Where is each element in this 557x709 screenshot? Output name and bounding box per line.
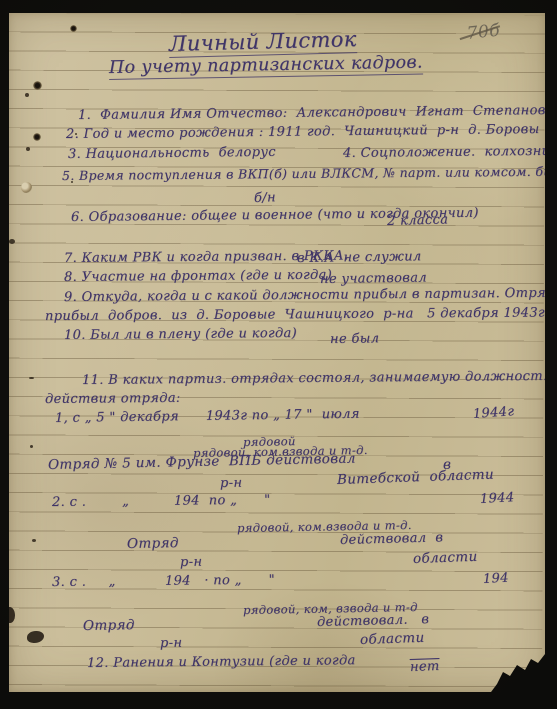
entry2-dates: 2. с . „ 194 по „ " <box>52 494 271 511</box>
entry3-region: области <box>360 631 425 648</box>
edge-mark <box>9 239 15 244</box>
field-nationality: 3. Национальность белорус <box>68 146 276 162</box>
paper-speck <box>25 93 29 97</box>
paper-speck <box>26 147 30 151</box>
paper-sheet: 70б Личный Листок По учету партизанских … <box>9 13 545 692</box>
paper-speck <box>32 539 36 542</box>
field-party-membership-answer: б/н <box>254 191 276 206</box>
scanned-page: 70б Личный Листок По учету партизанских … <box>0 0 557 709</box>
punch-hole <box>33 133 41 141</box>
entry3-district: р-н <box>160 637 183 652</box>
entry2-acted: действовал в <box>340 531 444 548</box>
entry2-unit: Отряд <box>127 536 179 552</box>
field-social-position: 4. Соцположение. колхозник <box>343 145 557 162</box>
entry3-dates: 3. с . „ 194 · по „ " <box>52 574 275 591</box>
entry3-unit: Отряд <box>83 618 135 634</box>
field-captivity: 10. Был ли в плену (где и когда) <box>64 327 297 343</box>
field-captivity-answer: не был <box>330 332 379 347</box>
field-detachments-line2: действия отряда: <box>45 392 181 407</box>
field-front-service: 8. Участие на фронтах (где и когда) <box>64 269 332 286</box>
field-wounds-answer: нет <box>410 660 440 675</box>
field-education-answer: 2 класса <box>387 213 449 229</box>
punch-hole <box>70 25 77 32</box>
entry1-district: р-н <box>220 477 243 492</box>
field-front-service-answer: не участвовал <box>320 272 427 288</box>
entry1-year-end: 1944г <box>473 405 515 422</box>
field-wounds: 12. Ранения и Контузии (где и когда <box>87 654 356 671</box>
punch-hole <box>21 182 32 193</box>
page-number-note: 70б <box>466 22 501 44</box>
entry3-year-end: 194 <box>483 572 510 588</box>
entry2-year-end: 1944 <box>480 491 515 507</box>
ink-blob <box>5 607 15 623</box>
entry2-district: р-н <box>180 556 203 571</box>
punch-hole <box>33 81 42 90</box>
field-draft-answer: в К.А не служил <box>297 250 422 266</box>
pencil-dash <box>29 377 34 379</box>
entry2-region: области <box>413 550 478 567</box>
entry3-acted: действовал. в <box>317 613 430 630</box>
paper-speck <box>30 445 33 448</box>
